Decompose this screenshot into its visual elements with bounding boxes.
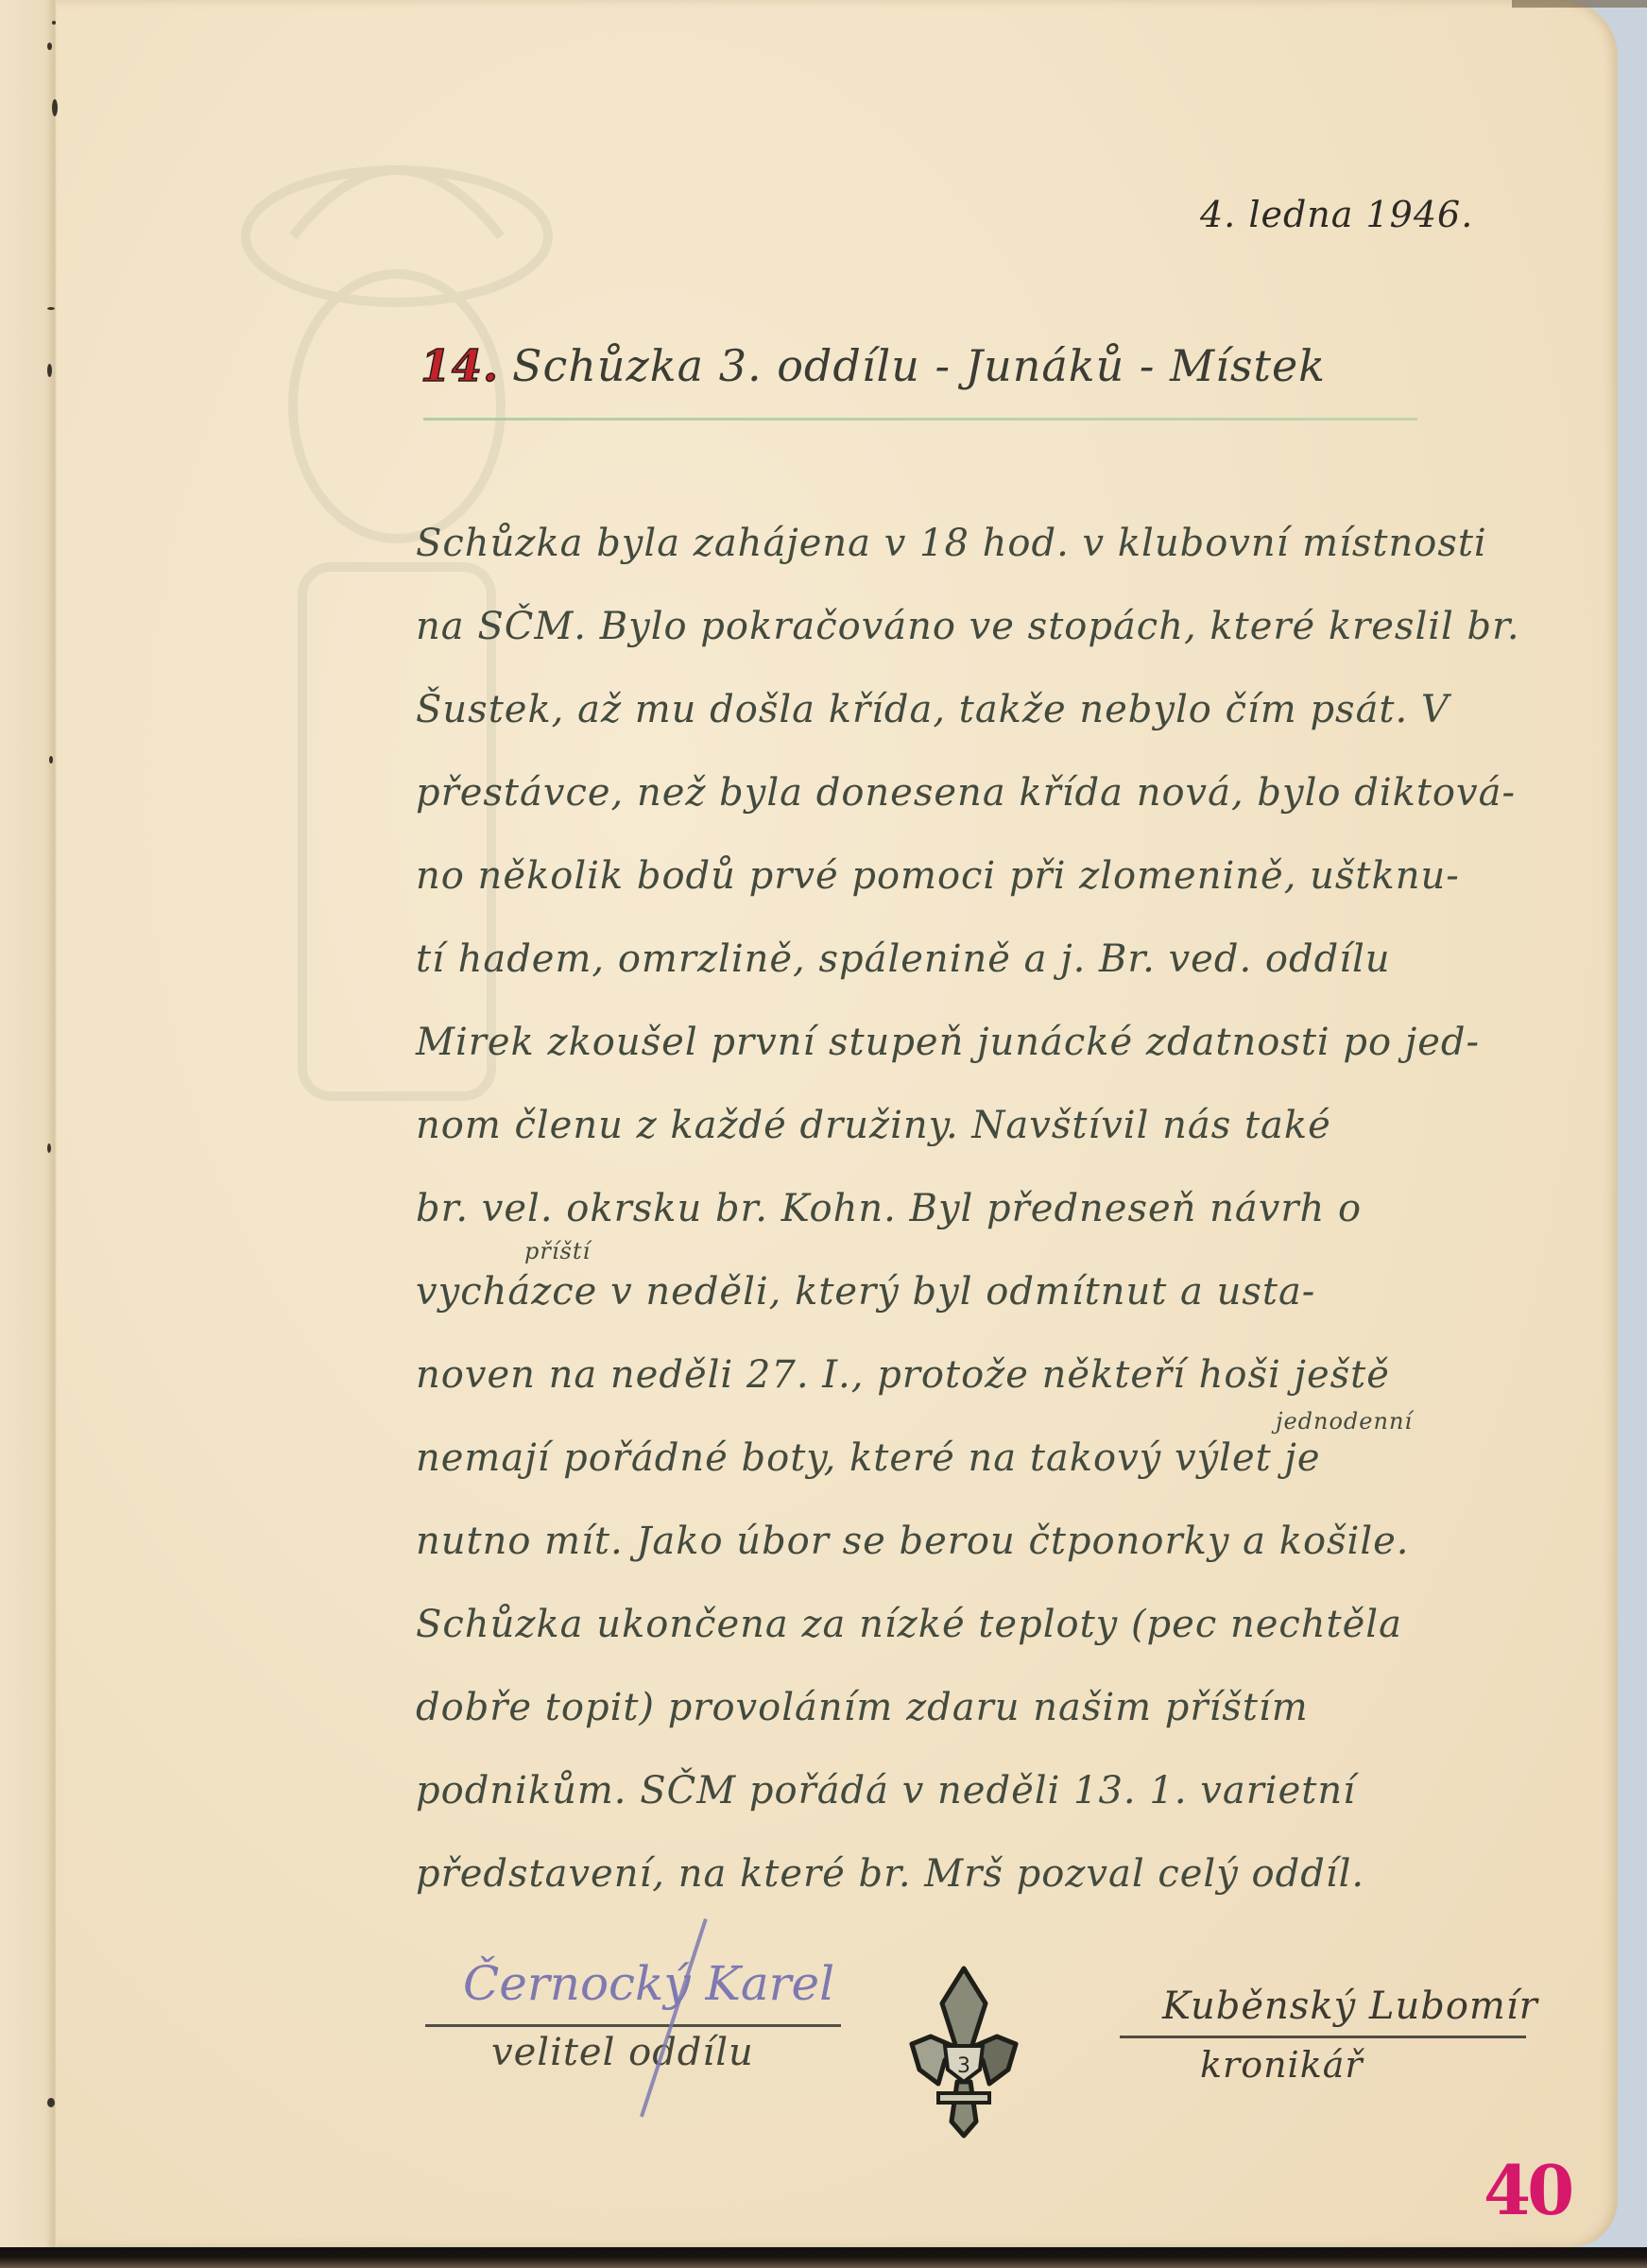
body-line: Schůzka ukončena za nízké teploty (pec n… xyxy=(416,1596,1578,1679)
svg-text:3: 3 xyxy=(957,2054,970,2078)
entry-title: Schůzka 3. oddílu - Junáků - Místek xyxy=(512,340,1326,391)
heading-underline xyxy=(423,418,1417,421)
page-edge-shadow xyxy=(1512,0,1647,8)
scout-fleur-de-lis-icon: 3 xyxy=(902,1961,1025,2140)
body-line: nutno mít. Jako úbor se berou čtponorky … xyxy=(416,1513,1578,1596)
entry-body: Schůzka byla zahájena v 18 hod. v klubov… xyxy=(416,515,1578,1929)
body-line: nemají pořádné boty, které na takový výl… xyxy=(416,1430,1578,1513)
body-line: představení, na které br. Mrš pozval cel… xyxy=(416,1846,1578,1929)
body-line: no několik bodů prvé pomoci při zlomenin… xyxy=(416,848,1578,931)
signature-name: Kuběnský Lubomír xyxy=(1120,1984,1535,2036)
body-line: tí hadem, omrzlině, spálenině a j. Br. v… xyxy=(416,931,1578,1014)
body-line: na SČM. Bylo pokračováno ve stopách, kte… xyxy=(416,598,1578,681)
signature-line xyxy=(1120,2036,1526,2038)
entry-heading: 14.Schůzka 3. oddílu - Junáků - Místek xyxy=(420,340,1326,391)
page-number-stamp: 40 xyxy=(1484,2150,1570,2230)
signature-block-chronicler: Kuběnský Lubomír kronikář xyxy=(1120,1984,1535,2086)
entry-date: 4. ledna 1946. xyxy=(1200,194,1473,235)
signature-line xyxy=(425,2024,841,2027)
notebook-page: 4. ledna 1946. 14.Schůzka 3. oddílu - Ju… xyxy=(0,0,1618,2247)
body-line: nom členu z každé družiny. Navštívil nás… xyxy=(416,1097,1578,1180)
body-line: přestávce, než byla donesena křída nová,… xyxy=(416,765,1578,848)
interlinear-insertion: příští xyxy=(524,1238,591,1264)
body-line: Schůzka byla zahájena v 18 hod. v klubov… xyxy=(416,515,1578,598)
book-bottom-edge xyxy=(0,2247,1647,2268)
body-line: Šustek, až mu došla křída, takže nebylo … xyxy=(416,681,1578,765)
signature-role: kronikář xyxy=(1120,2044,1535,2086)
signature-role: velitel oddílu xyxy=(425,2031,917,2074)
body-line: Mirek zkoušel první stupeň junácké zdatn… xyxy=(416,1014,1578,1097)
entry-number: 14. xyxy=(420,340,499,391)
body-line: podnikům. SČM pořádá v neděli 13. 1. var… xyxy=(416,1762,1578,1846)
signature-block-leader: Černocký Karel velitel oddílu xyxy=(425,1956,917,2074)
interlinear-insertion: jednodenní xyxy=(1276,1408,1413,1435)
body-line: dobře topit) provoláním zdaru našim příš… xyxy=(416,1679,1578,1762)
body-line: vycházce v neděli, který byl odmítnut a … xyxy=(416,1263,1578,1347)
signature-name: Černocký Karel xyxy=(425,1956,917,2022)
binding-fold xyxy=(0,0,57,2247)
